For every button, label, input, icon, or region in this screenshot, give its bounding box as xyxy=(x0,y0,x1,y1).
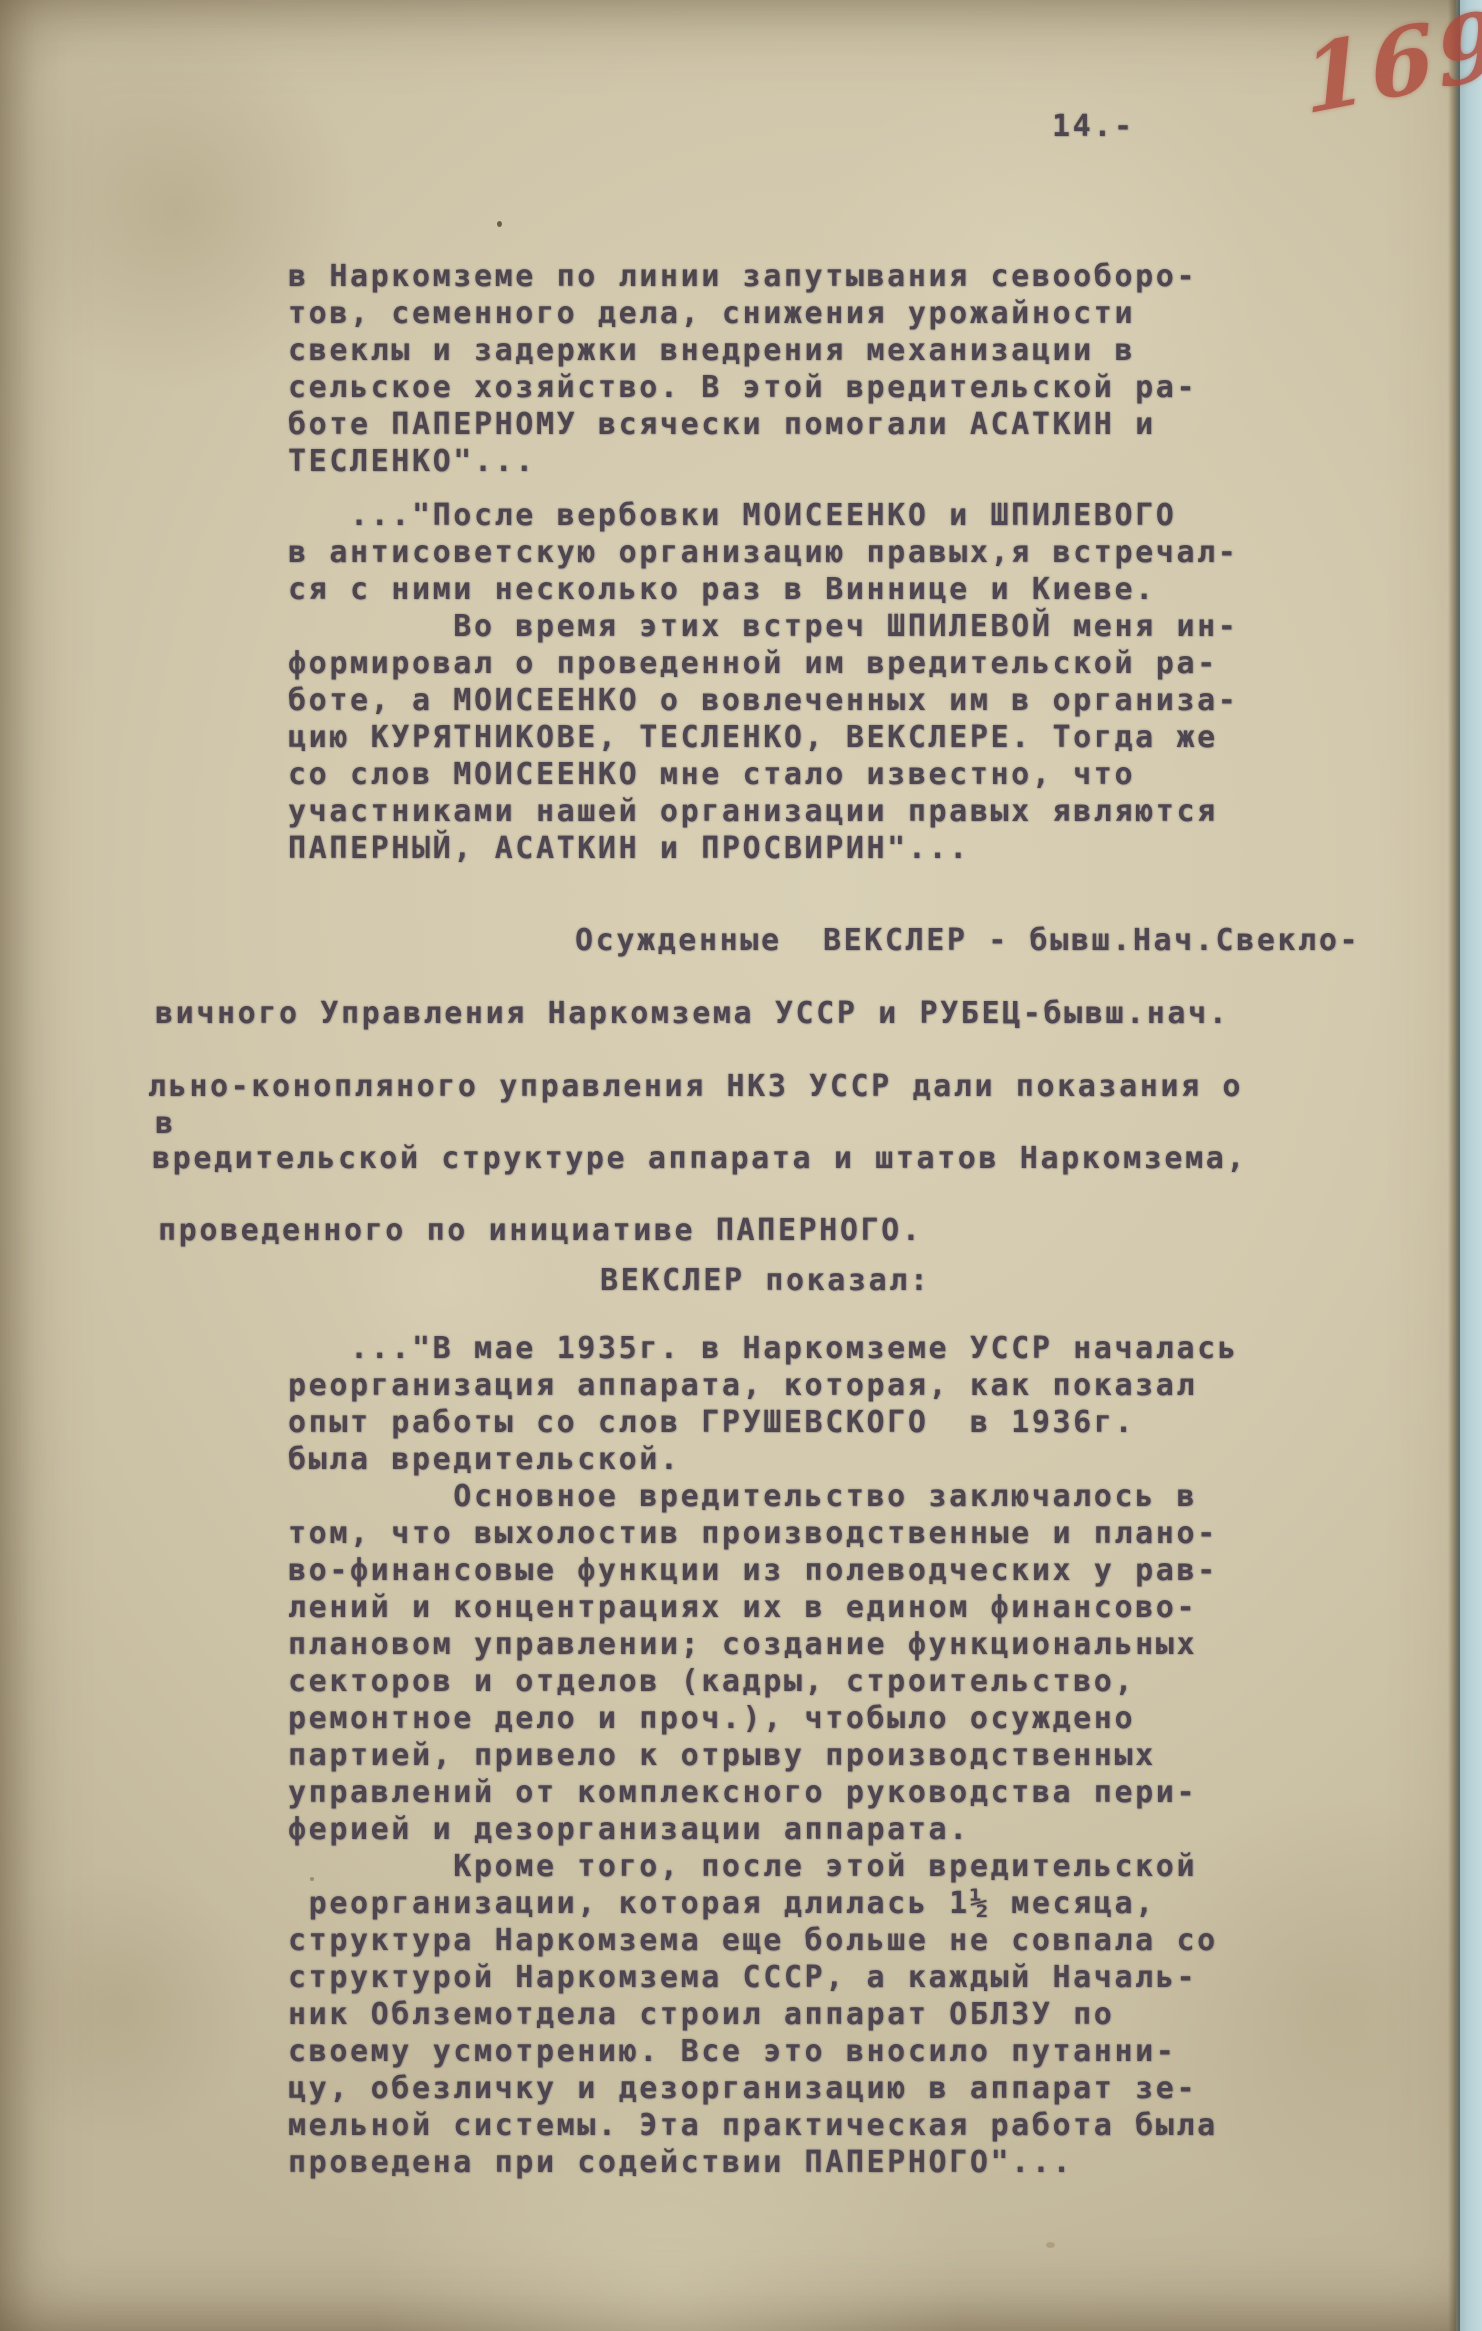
body-line-flax-hemp-administration: льно-конопляного управления НКЗ УССР дал… xyxy=(148,1068,1243,1105)
body-line-stray-letter: в xyxy=(155,1105,176,1142)
paper-edge-shadow xyxy=(1448,0,1460,2331)
quote-paragraph-1: в Наркомземе по линии запутывания севооб… xyxy=(288,258,1197,480)
paper-speck xyxy=(1046,2242,1055,2248)
body-line-wrecking-structure: вредительской структуре аппарата и штато… xyxy=(152,1140,1247,1177)
quote-paragraph-2: ..."После вербовки МОИСЕЕНКО и ШПИЛЕВОГО… xyxy=(288,497,1238,867)
paper-speck xyxy=(497,221,502,227)
body-line-sugarbeet-administration: вичного Управления Наркомзема УССР и РУБ… xyxy=(155,995,1229,1032)
quote-paragraph-3: ..."В мае 1935г. в Наркомземе УССР начал… xyxy=(288,1330,1238,2181)
body-line-paperny-initiative: проведенного по инициативе ПАПЕРНОГО. xyxy=(158,1212,922,1249)
body-line-convicted-veksler: Осужденные ВЕКСЛЕР - бывш.Нач.Свекло- xyxy=(575,922,1360,959)
scanned-document-page: 169 14.- в Наркомземе по линии запутыван… xyxy=(0,0,1482,2331)
paper-speck xyxy=(310,1877,314,1881)
typed-page-number: 14.- xyxy=(1052,108,1135,145)
section-heading-veksler-testified: ВЕКСЛЕР показал: xyxy=(600,1262,931,1299)
